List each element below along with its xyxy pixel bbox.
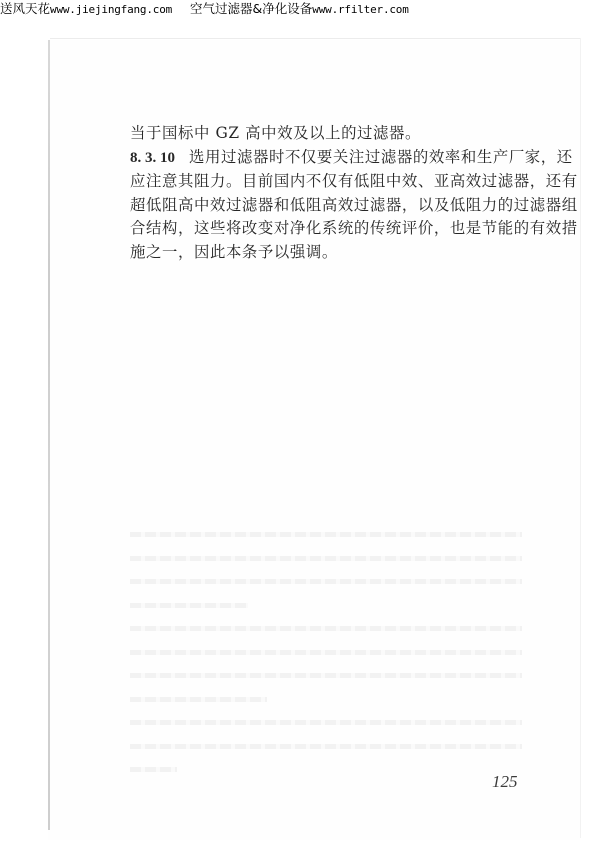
bleed-line	[130, 650, 522, 655]
bleed-line	[130, 744, 522, 749]
text-line: 合结构，这些将改变对净化系统的传统评价，也是节能的有效措	[130, 217, 522, 241]
page-right-edge	[580, 38, 581, 838]
page-binding-edge	[48, 40, 50, 830]
body-text: 当于国标中 GZ 高中效及以上的过滤器。 8. 3. 10选用过滤器时不仅要关注…	[130, 122, 522, 265]
bleed-line	[130, 532, 522, 537]
watermark-left-label: 送风天花	[0, 1, 50, 16]
page-number: 125	[492, 772, 518, 792]
clause-first-line: 8. 3. 10选用过滤器时不仅要关注过滤器的效率和生产厂家，还	[130, 146, 522, 171]
bleed-line	[130, 720, 522, 725]
clause-number: 8. 3. 10	[130, 150, 175, 166]
text-line: 超低阻高中效过滤器和低阻高效过滤器，以及低阻力的过滤器组	[130, 194, 522, 218]
bleed-line	[130, 556, 522, 561]
bleed-line	[130, 673, 522, 678]
text-line: 施之一，因此本条予以强调。	[130, 241, 522, 265]
watermark-right-site: www.rfilter.com	[312, 3, 408, 16]
bleed-line	[130, 603, 248, 608]
text-line: 选用过滤器时不仅要关注过滤器的效率和生产厂家，还	[189, 148, 573, 166]
text-line: 应注意其阻力。目前国内不仅有低阻中效、亚高效过滤器，还有	[130, 170, 522, 194]
bleed-line	[130, 579, 522, 584]
watermark-right-label: 空气过滤器&净化设备	[190, 1, 312, 16]
text-line: 当于国标中 GZ 高中效及以上的过滤器。	[130, 122, 522, 146]
show-through-reverse-page	[130, 532, 522, 791]
bleed-line	[130, 767, 177, 772]
page-top-edge	[50, 38, 580, 39]
bleed-line	[130, 697, 267, 702]
watermark-header: 送风天花www.jiejingfang.com空气过滤器&净化设备www.rfi…	[0, 0, 600, 20]
bleed-line	[130, 626, 522, 631]
watermark-left-site: www.jiejingfang.com	[50, 3, 172, 16]
